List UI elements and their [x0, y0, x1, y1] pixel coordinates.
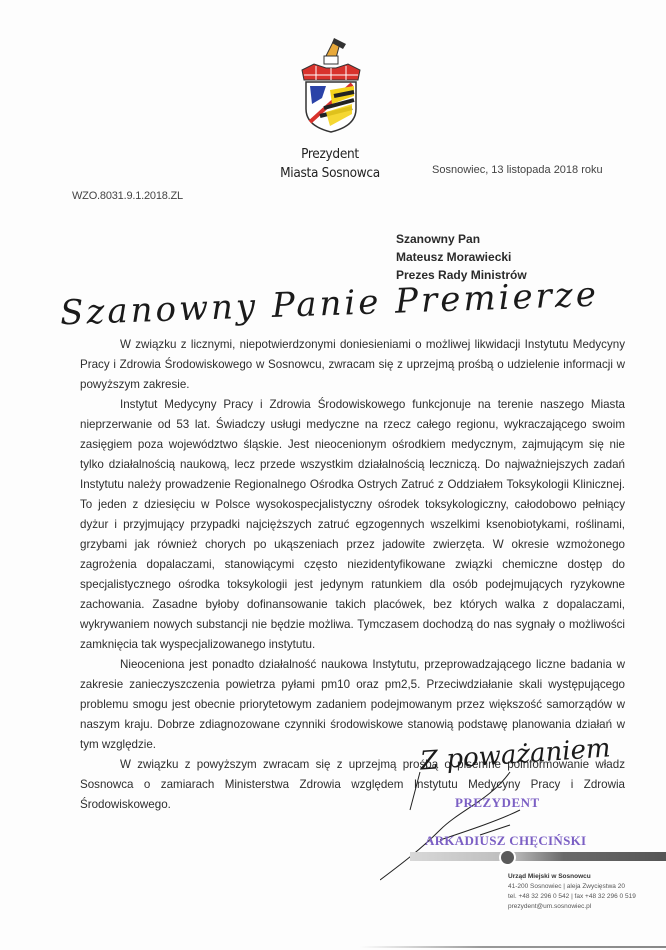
body-paragraph: W związku z licznymi, niepotwierdzonymi … — [80, 335, 625, 395]
recipient-block: Szanowny Pan Mateusz Morawiecki Prezes R… — [396, 230, 527, 284]
office-title: Prezydent Miasta Sosnowca — [260, 145, 400, 183]
recipient-name: Mateusz Morawiecki — [396, 248, 527, 266]
reference-number: WZO.8031.9.1.2018.ZL — [72, 190, 183, 202]
footer-dot-icon — [499, 849, 516, 866]
letter-date: Sosnowiec, 13 listopada 2018 roku — [432, 164, 603, 176]
coat-of-arms-icon — [296, 34, 366, 134]
stamp-name: ARKADIUSZ CHĘCIŃSKI — [425, 833, 586, 849]
office-line-1: Prezydent — [260, 145, 400, 164]
handwritten-salutation: Szanowny Panie Premierze — [59, 275, 599, 334]
footer-contact: Urząd Miejski w Sosnowcu 41-200 Sosnowie… — [508, 872, 636, 912]
footer-address: 41-200 Sosnowiec | aleja Zwycięstwa 20 — [508, 882, 636, 892]
footer-email: prezydent@um.sosnowiec.pl — [508, 902, 636, 912]
footer-phone-fax: tel. +48 32 296 0 542 | fax +48 32 296 0… — [508, 892, 636, 902]
office-line-2: Miasta Sosnowca — [260, 164, 400, 183]
stamp-title: PREZYDENT — [455, 795, 540, 811]
letter-page: Prezydent Miasta Sosnowca Sosnowiec, 13 … — [0, 0, 666, 950]
footer-organization: Urząd Miejski w Sosnowcu — [508, 872, 636, 882]
recipient-greeting: Szanowny Pan — [396, 230, 527, 248]
footer-divider — [410, 852, 666, 861]
body-paragraph: Instytut Medycyny Pracy i Zdrowia Środow… — [80, 395, 625, 655]
page-edge-line — [360, 946, 666, 948]
